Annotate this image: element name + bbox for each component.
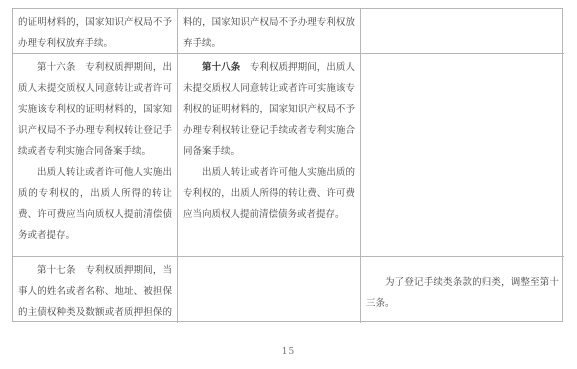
revision-note: 为了登记手续类条款的归类，调整至第十三条。 — [366, 272, 559, 314]
cell-row1-note-empty — [361, 9, 564, 54]
cell-row3-note: 为了登记手续类条款的归类，调整至第十三条。 — [361, 257, 564, 323]
old-article-17-paragraph: 第十七条 专利权质押期间，当事人的姓名或者名称、地址、被担保的主债权种类及数额或… — [18, 260, 172, 323]
old-text-continuation: 的证明材料的，国家知识产权局不予办理专利权放弃手续。 — [18, 12, 172, 54]
new-article-paragraph-1-text: 专利权质押期间，出质人未提交质权人同意转让或者许可实施该专利权的证明材料的，国家… — [183, 62, 355, 157]
cell-row1-new-text: 料的，国家知识产权局不予办理专利权放弃手续。 — [178, 9, 361, 54]
cell-row3-new-empty — [178, 257, 361, 323]
new-article-paragraph-2: 出质人转让或者许可他人实施出质的专利权的，出质人所得的转让费、许可费应当向质权人… — [183, 162, 355, 225]
cell-row1-old-text: 的证明材料的，国家知识产权局不予办理专利权放弃手续。 — [13, 9, 178, 54]
cell-row2-note-empty — [361, 54, 564, 257]
new-article-number: 第十八条 — [202, 62, 240, 73]
cell-row2-new-text: 第十八条 专利权质押期间，出质人未提交质权人同意转让或者许可实施该专利权的证明材… — [178, 54, 361, 257]
old-article-paragraph-2: 出质人转让或者许可他人实施出质的专利权的，出质人所得的转让费、许可费应当向质权人… — [18, 162, 172, 246]
new-text-continuation: 料的，国家知识产权局不予办理专利权放弃手续。 — [183, 12, 355, 54]
new-article-paragraph-1: 第十八条 专利权质押期间，出质人未提交质权人同意转让或者许可实施该专利权的证明材… — [183, 57, 355, 162]
comparison-table: 的证明材料的，国家知识产权局不予办理专利权放弃手续。 料的，国家知识产权局不予办… — [12, 8, 563, 322]
old-article-paragraph-1: 第十六条 专利权质押期间，出质人未提交质权人同意转让或者许可实施该专利权的证明材… — [18, 57, 172, 162]
document-page: 的证明材料的，国家知识产权局不予办理专利权放弃手续。 料的，国家知识产权局不予办… — [0, 0, 577, 369]
cell-row3-old-text: 第十七条 专利权质押期间，当事人的姓名或者名称、地址、被担保的主债权种类及数额或… — [13, 257, 178, 323]
page-number: 15 — [0, 347, 577, 357]
cell-row2-old-text: 第十六条 专利权质押期间，出质人未提交质权人同意转让或者许可实施该专利权的证明材… — [13, 54, 178, 257]
